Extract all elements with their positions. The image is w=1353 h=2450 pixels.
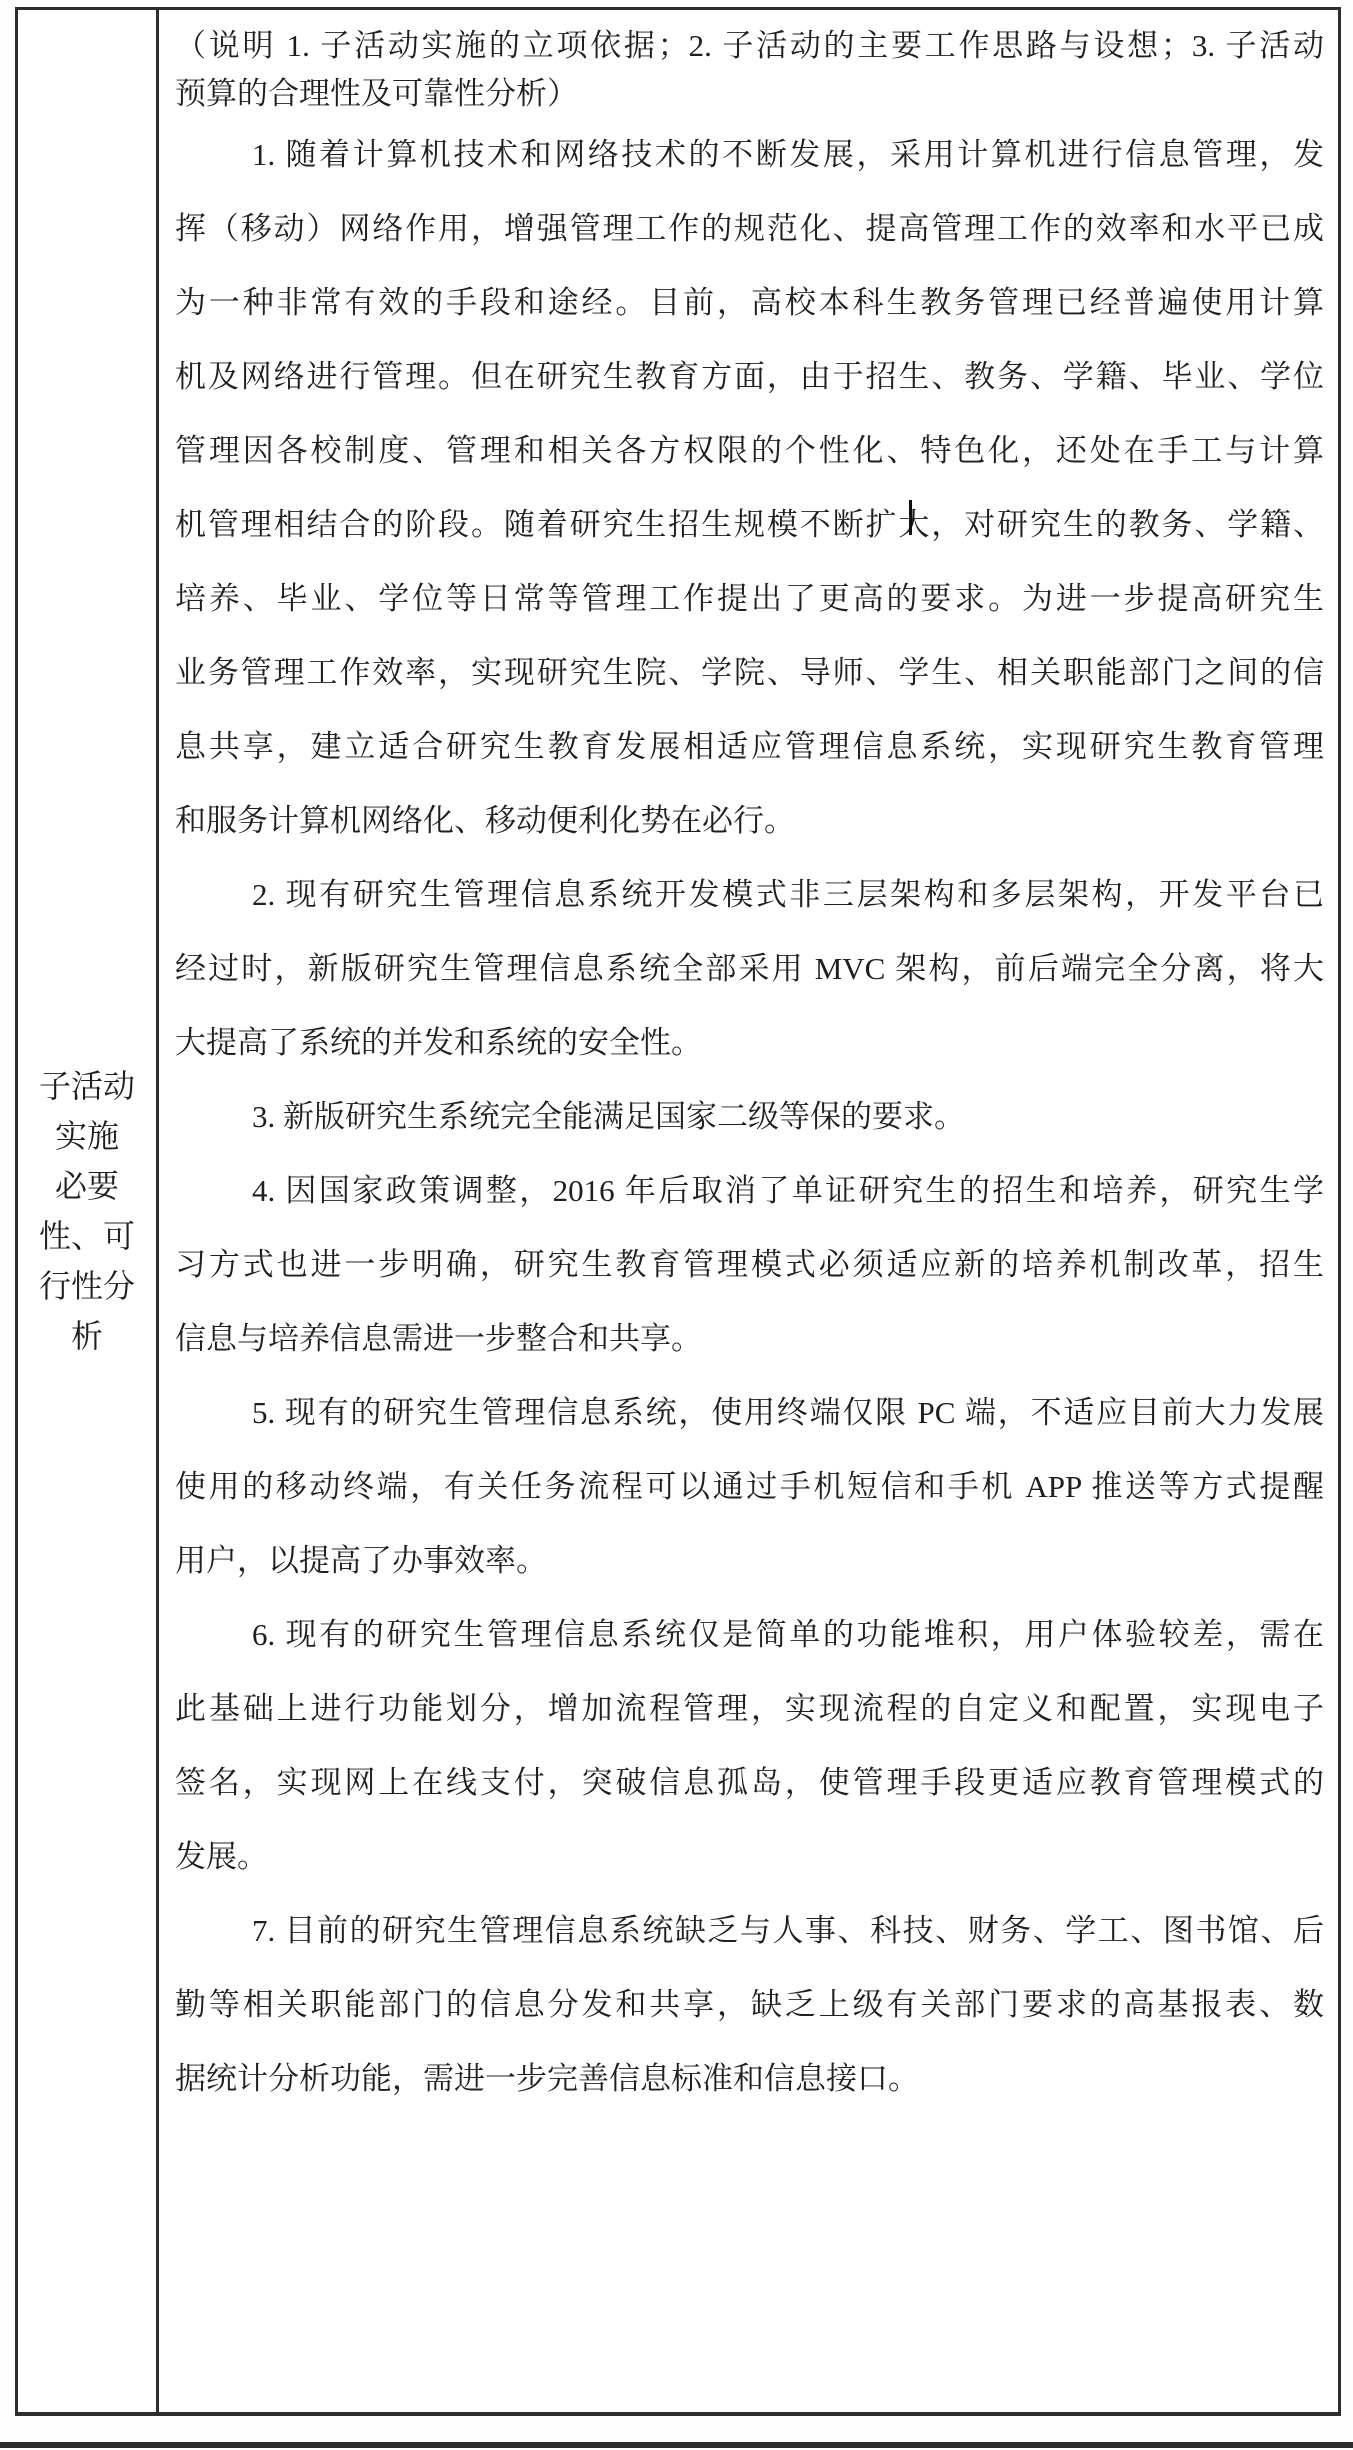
text-line: 7. 目前的研究生管理信息系统缺乏与人事、科技、财务、学工、图书馆、后 bbox=[175, 1894, 1324, 1968]
text-line: 1. 随着计算机技术和网络技术的不断发展，采用计算机进行信息管理，发 bbox=[175, 118, 1324, 192]
text-line: 挥（移动）网络作用，增强管理工作的规范化、提高管理工作的效率和水平已成 bbox=[175, 192, 1324, 266]
text-line: 培养、毕业、学位等日常等管理工作提出了更高的要求。为进一步提高研究生 bbox=[175, 562, 1324, 636]
content-cell[interactable]: （说明 1. 子活动实施的立项依据；2. 子活动的主要工作思路与设想；3. 子活… bbox=[159, 10, 1338, 2412]
row-header-label: 子活动 实施 必要 性、可 行性分 析 bbox=[18, 1061, 156, 1361]
page-bottom-rule bbox=[0, 2442, 1353, 2448]
row-header-line: 子活动 bbox=[18, 1061, 156, 1111]
text-line: 勤等相关职能部门的信息分发和共享，缺乏上级有关部门要求的高基报表、数 bbox=[175, 1968, 1324, 2042]
row-header-line: 实施 bbox=[18, 1111, 156, 1161]
text-line: 6. 现有的研究生管理信息系统仅是简单的功能堆积，用户体验较差，需在 bbox=[175, 1598, 1324, 1672]
row-header-line: 析 bbox=[18, 1311, 156, 1361]
text-line: 和服务计算机网络化、移动便利化势在必行。 bbox=[175, 784, 1324, 858]
text-line: 息共享，建立适合研究生教育发展相适应管理信息系统，实现研究生教育管理 bbox=[175, 710, 1324, 784]
document-page: 子活动 实施 必要 性、可 行性分 析 （说明 1. 子活动实施的立项依据；2.… bbox=[0, 0, 1353, 2450]
text-line: 使用的移动终端，有关任务流程可以通过手机短信和手机 APP 推送等方式提醒 bbox=[175, 1450, 1324, 1524]
text-line: 业务管理工作效率，实现研究生院、学院、导师、学生、相关职能部门之间的信 bbox=[175, 636, 1324, 710]
row-header-line: 必要 bbox=[18, 1161, 156, 1211]
text-line: 信息与培养信息需进一步整合和共享。 bbox=[175, 1302, 1324, 1376]
text-line: 4. 因国家政策调整，2016 年后取消了单证研究生的招生和培养，研究生学 bbox=[175, 1154, 1324, 1228]
row-header-cell[interactable]: 子活动 实施 必要 性、可 行性分 析 bbox=[18, 10, 159, 2412]
text-line: 发展。 bbox=[175, 1820, 1324, 1894]
text-line: 2. 现有研究生管理信息系统开发模式非三层架构和多层架构，开发平台已 bbox=[175, 858, 1324, 932]
text-line: 机管理相结合的阶段。随着研究生招生规模不断扩大，对研究生的教务、学籍、 bbox=[175, 488, 1324, 562]
text-cursor bbox=[909, 500, 912, 535]
text-line: 3. 新版研究生系统完全能满足国家二级等保的要求。 bbox=[175, 1080, 1324, 1154]
text-line: 据统计分析功能，需进一步完善信息标准和信息接口。 bbox=[175, 2042, 1324, 2116]
document-table: 子活动 实施 必要 性、可 行性分 析 （说明 1. 子活动实施的立项依据；2.… bbox=[15, 7, 1341, 2416]
text-line: 5. 现有的研究生管理信息系统，使用终端仅限 PC 端，不适应目前大力发展 bbox=[175, 1376, 1324, 1450]
text-line: 为一种非常有效的手段和途经。目前，高校本科生教务管理已经普遍使用计算 bbox=[175, 266, 1324, 340]
text-line: 习方式也进一步明确，研究生教育管理模式必须适应新的培养机制改革，招生 bbox=[175, 1228, 1324, 1302]
text-line: 管理因各校制度、管理和相关各方权限的个性化、特色化，还处在手工与计算 bbox=[175, 414, 1324, 488]
text-line: 大提高了系统的并发和系统的安全性。 bbox=[175, 1006, 1324, 1080]
note-line: （说明 1. 子活动实施的立项依据；2. 子活动的主要工作思路与设想；3. 子活… bbox=[175, 22, 1324, 70]
row-header-line: 性、可 bbox=[18, 1211, 156, 1261]
text-line: 用户，以提高了办事效率。 bbox=[175, 1524, 1324, 1598]
text-line: 机及网络进行管理。但在研究生教育方面，由于招生、教务、学籍、毕业、学位 bbox=[175, 340, 1324, 414]
text-line: 此基础上进行功能划分，增加流程管理，实现流程的自定义和配置，实现电子 bbox=[175, 1672, 1324, 1746]
text-line: 经过时，新版研究生管理信息系统全部采用 MVC 架构，前后端完全分离，将大 bbox=[175, 932, 1324, 1006]
row-header-line: 行性分 bbox=[18, 1261, 156, 1311]
note-line: 预算的合理性及可靠性分析） bbox=[175, 70, 1324, 118]
text-line: 签名，实现网上在线支付，突破信息孤岛，使管理手段更适应教育管理模式的 bbox=[175, 1746, 1324, 1820]
